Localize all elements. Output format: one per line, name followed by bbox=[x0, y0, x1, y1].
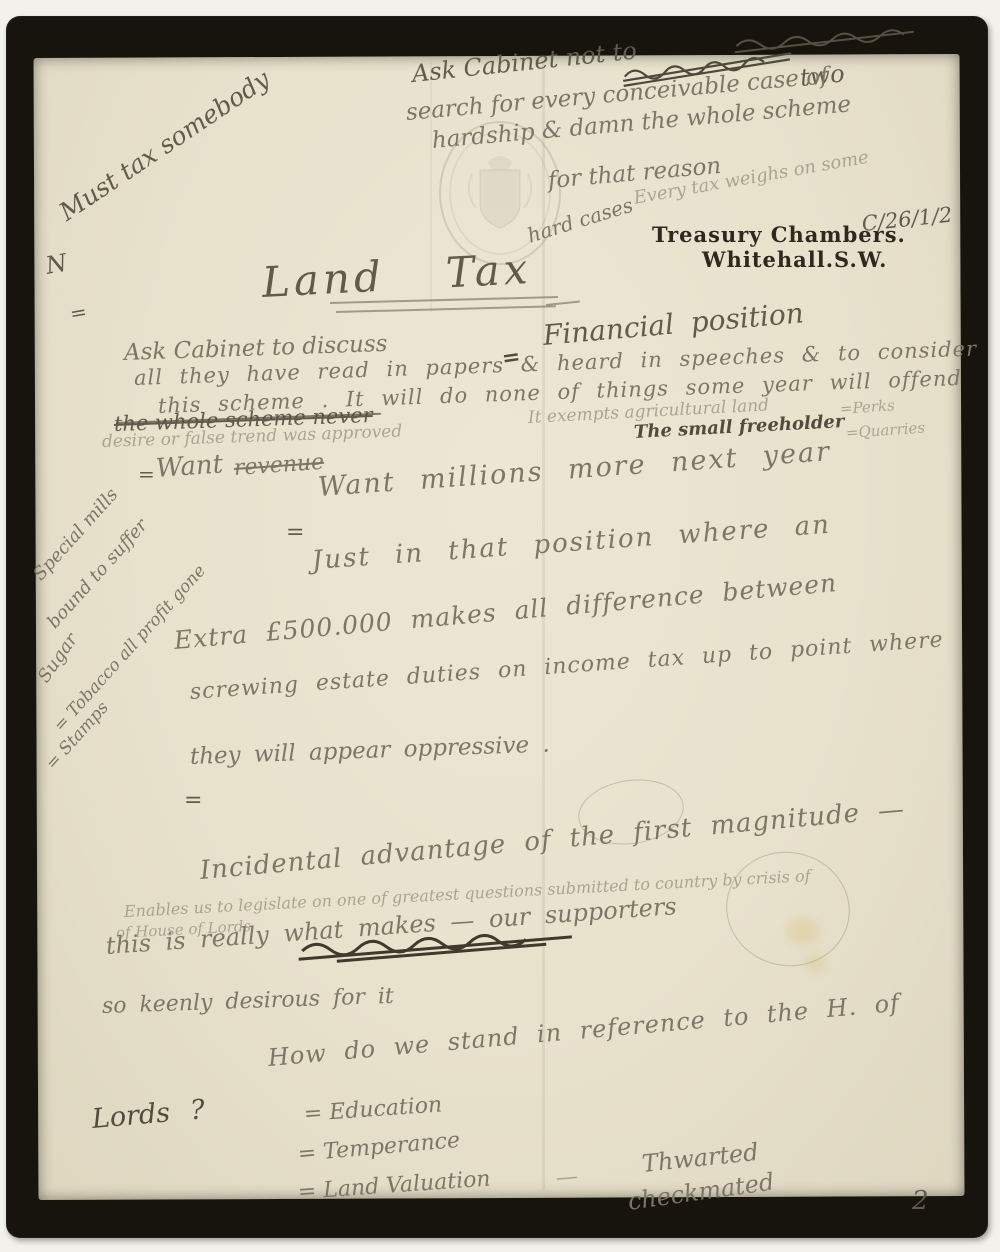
annotation-extra-500000: Extra £500.000 makes all difference betw… bbox=[173, 570, 838, 653]
pencil-loop bbox=[716, 840, 861, 977]
pencil-dash-mark: — bbox=[555, 1166, 579, 1190]
title-underline bbox=[336, 305, 556, 312]
annotation-sugar: Sugar bbox=[35, 631, 81, 686]
annotation-layer: Ask Cabinet not to two search for every … bbox=[0, 0, 1000, 1252]
annotation-lords-question: Lords ? bbox=[91, 1096, 206, 1133]
annotation-want-millions: Want millions more next year bbox=[317, 438, 832, 501]
annotation-ask-cabinet-not: Ask Cabinet not to bbox=[411, 38, 638, 85]
annotation-oppressive: they will appear oppressive . bbox=[190, 733, 551, 769]
annotation-want: Want bbox=[155, 451, 224, 482]
photographed-document: Ask Cabinet not to two search for every … bbox=[0, 0, 1000, 1252]
annotation-temperance: = Temperance bbox=[297, 1130, 461, 1166]
annotation-thwarted: Thwarted bbox=[641, 1140, 760, 1176]
pencil-eq-mark: = bbox=[68, 301, 88, 324]
page-title: Land Tax bbox=[261, 248, 533, 304]
annotation-perks: =Perks bbox=[839, 398, 895, 417]
reference-number: C/26/1/2 bbox=[861, 205, 953, 235]
pencil-eq-mark: = bbox=[286, 522, 304, 544]
annotation-financial-position: Financial position bbox=[542, 299, 805, 350]
annotation-revenue: revenue bbox=[233, 452, 325, 480]
annotation-quarries: =Quarries bbox=[845, 420, 925, 440]
heading-tick-line bbox=[546, 300, 580, 305]
annotation-just-position: Just in that position where an bbox=[311, 512, 832, 574]
page-number: 2 bbox=[912, 1188, 929, 1214]
annotation-land-valuation: = Land Valuation bbox=[297, 1169, 491, 1204]
letterhead-address: Whitehall.S.W. bbox=[702, 247, 887, 272]
annotation-education: = Education bbox=[303, 1094, 443, 1126]
pencil-eq-mark: = bbox=[138, 464, 155, 484]
pencil-tick-mark: N bbox=[44, 251, 69, 278]
scribble-strikeout bbox=[731, 20, 917, 59]
annotation-keenly: so keenly desirous for it bbox=[102, 986, 395, 1018]
pencil-eq-mark: = bbox=[184, 790, 202, 812]
annotation-must-tax: Must tax somebody bbox=[55, 66, 274, 225]
